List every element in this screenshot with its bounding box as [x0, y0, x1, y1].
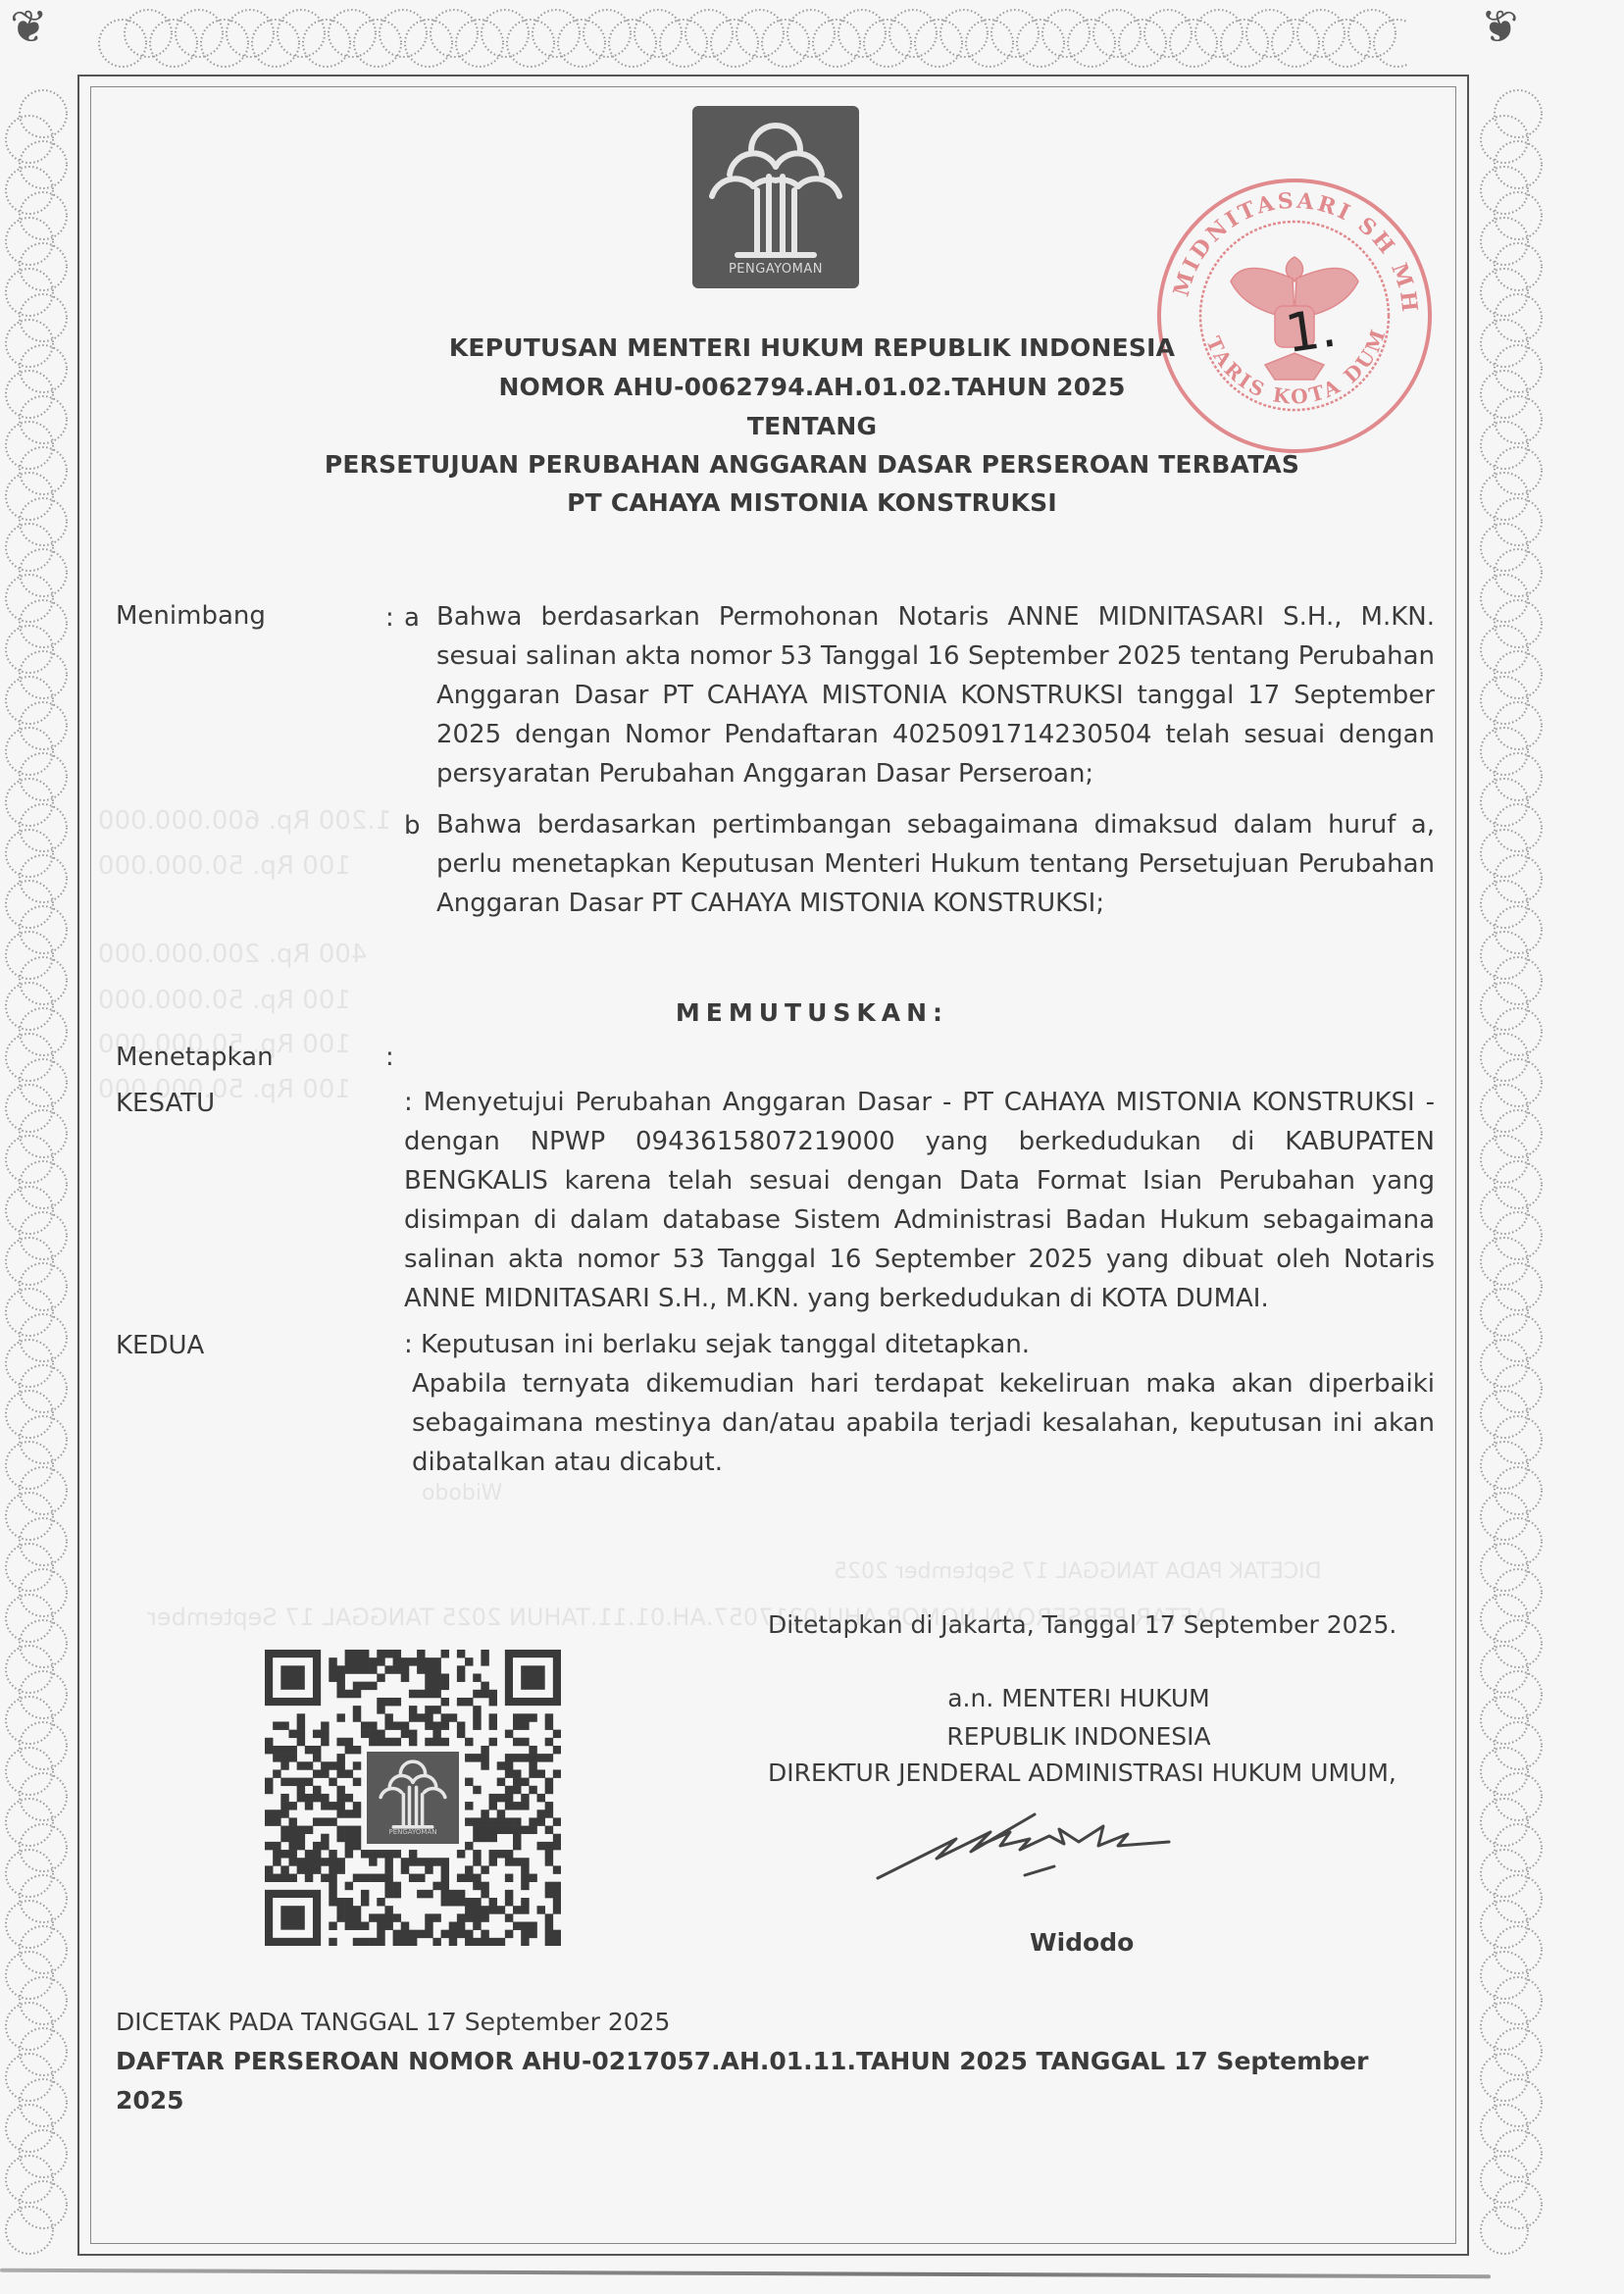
menetapkan-colon: : — [385, 1043, 394, 1072]
pengayoman-logo: PENGAYOMAN — [692, 106, 859, 288]
menetapkan-label: Menetapkan — [116, 1043, 274, 1072]
signatory-name: Widodo — [1030, 1928, 1134, 1957]
bleed-through-text: 1.200 Rp. 600.000.000 — [98, 806, 391, 836]
kedua-line-1: : Keputusan ini berlaku sejak tanggal di… — [404, 1325, 1435, 1364]
verification-qr-code[interactable]: PENGAYOMAN — [265, 1650, 561, 1946]
ornament-corner-top-right-icon: ❦ — [1481, 4, 1519, 49]
bleed-through-text: 100 Rp. 50.000.000 — [98, 851, 351, 881]
border-pattern-right — [1479, 84, 1546, 2256]
kedua-label: KEDUA — [116, 1331, 204, 1360]
item-b-marker: b — [404, 811, 421, 841]
country: REPUBLIK INDONESIA — [765, 1722, 1393, 1751]
heading-line-1: KEPUTUSAN MENTERI HUKUM REPUBLIK INDONES… — [0, 333, 1624, 362]
signature-icon — [863, 1785, 1294, 1893]
qr-center-logo: PENGAYOMAN — [367, 1752, 459, 1844]
border-pattern-top — [93, 8, 1407, 69]
memutuskan-heading: MEMUTUSKAN: — [0, 998, 1624, 1027]
signatory-position: DIREKTUR JENDERAL ADMINISTRASI HUKUM UMU… — [768, 1759, 1396, 1787]
printed-date: DICETAK PADA TANGGAL 17 September 2025 — [116, 2008, 670, 2036]
kesatu-text: : Menyetujui Perubahan Anggaran Dasar - … — [404, 1083, 1435, 1318]
register-number: DAFTAR PERSEROAN NOMOR AHU-0217057.AH.01… — [116, 2042, 1391, 2120]
bleed-through-text: Widodo — [422, 1481, 502, 1505]
logo-caption: PENGAYOMAN — [692, 262, 859, 277]
heading-line-2: NOMOR AHU-0062794.AH.01.02.TAHUN 2025 — [0, 373, 1624, 401]
bleed-through-text: 400 Rp. 200.000.000 — [98, 940, 367, 969]
menimbang-label: Menimbang — [116, 601, 266, 631]
menimbang-colon: : — [385, 603, 394, 633]
heading-line-3: TENTANG — [0, 412, 1624, 440]
ornament-corner-top-left-icon: ❦ — [10, 4, 48, 49]
on-behalf: a.n. MENTERI HUKUM — [765, 1684, 1393, 1712]
kesatu-label: KESATU — [116, 1089, 215, 1118]
heading-line-5: PT CAHAYA MISTONIA KONSTRUKSI — [0, 488, 1624, 517]
qr-center-caption: PENGAYOMAN — [367, 1828, 459, 1836]
border-pattern-left — [4, 84, 71, 2256]
place-date: Ditetapkan di Jakarta, Tanggal 17 Septem… — [768, 1610, 1396, 1639]
scan-edge — [0, 2269, 1491, 2279]
item-a-text: Bahwa berdasarkan Permohonan Notaris ANN… — [436, 597, 1435, 793]
item-b-text: Bahwa berdasarkan pertimbangan sebagaima… — [436, 805, 1435, 923]
kedua-text: Apabila ternyata dikemudian hari terdapa… — [404, 1364, 1435, 1482]
heading-line-4: PERSETUJUAN PERUBAHAN ANGGARAN DASAR PER… — [0, 450, 1624, 479]
bleed-through-text: DICETAK PADA TANGGAL 17 September 2025 — [834, 1559, 1322, 1584]
item-a-marker: a — [404, 603, 420, 633]
